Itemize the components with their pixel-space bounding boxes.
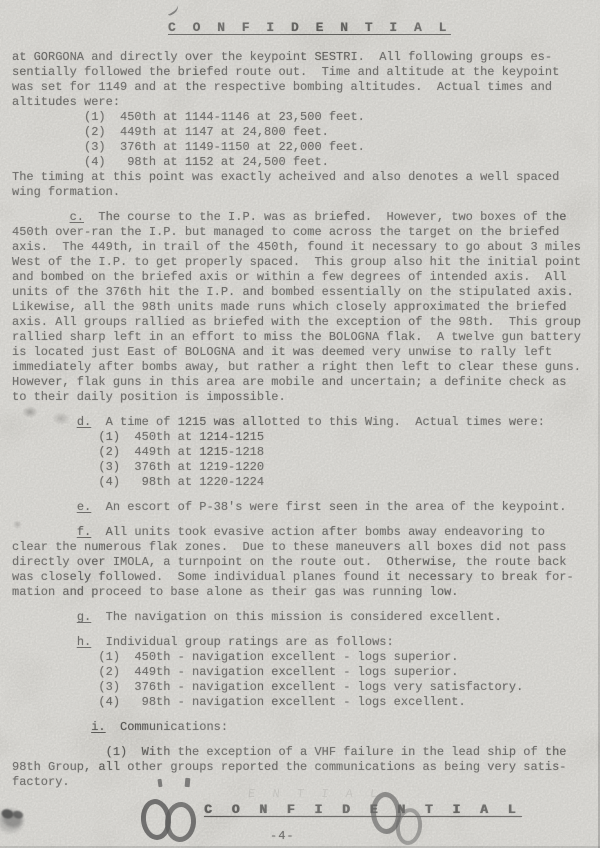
text-line: (1) 450th - navigation excellent - logs …	[12, 650, 596, 665]
text-line: clear the numerous flak zones. Due to th…	[12, 540, 596, 555]
text-line: The timing at this point was exactly ach…	[12, 170, 596, 185]
text-line: (1) 450th at 1144-1146 at 23,500 feet.	[12, 110, 596, 125]
section-label: h.	[77, 635, 91, 649]
section-label: d.	[77, 415, 91, 429]
text-line: (4) 98th - navigation excellent - logs e…	[12, 695, 596, 710]
text-line: (3) 376th - navigation excellent - logs …	[12, 680, 596, 695]
section-label: e.	[77, 500, 91, 514]
page-number: -4-	[270, 829, 295, 843]
text-line: Likewise, all the 98th units made runs w…	[12, 300, 596, 315]
pen-mark	[165, 2, 181, 16]
text-line: at GORGONA and directly over the keypoin…	[12, 50, 596, 65]
text-line: (4) 98th at 1152 at 24,500 feet.	[12, 155, 596, 170]
section-label: c.	[70, 210, 84, 224]
text-line: wing formation.	[12, 185, 596, 200]
para-i: i. Communications:	[12, 720, 596, 735]
para-h: h. Individual group ratings are as follo…	[12, 635, 596, 710]
text-line: sentially followed the briefed route out…	[12, 65, 596, 80]
section-label: f.	[77, 525, 91, 539]
para-continuation: at GORGONA and directly over the keypoin…	[12, 50, 596, 200]
text-line: (2) 449th at 1215-1218	[12, 445, 596, 460]
text-line: (4) 98th at 1220-1224	[12, 475, 596, 490]
text-line: was set for 1149 and at the respective b…	[12, 80, 596, 95]
text-line: West of the I.P. to get properly spaced.…	[12, 255, 596, 270]
scanned-document-page: C O N F I D E N T I A L at GORGONA and d…	[0, 0, 600, 848]
text-line: to their daily position is impossible.	[12, 390, 596, 405]
para-d: d. A time of 1215 was allotted to this W…	[12, 415, 596, 490]
para-g: g. The navigation on this mission is con…	[12, 610, 596, 625]
text-line: (3) 376th at 1219-1220	[12, 460, 596, 475]
text-line: f. All units took evasive action after b…	[12, 525, 596, 540]
stamp-ring-icon	[139, 798, 173, 842]
text-line: mation and proceed to base alone as thei…	[12, 585, 596, 600]
stamp-mark	[185, 778, 191, 787]
text-line: However, flak guns in this area are mobi…	[12, 375, 596, 390]
section-label: g.	[77, 610, 91, 624]
text-line: axis. The 449th, in trail of the 450th, …	[12, 240, 596, 255]
text-line: 98th Group, all other groups reported th…	[12, 760, 596, 775]
text-line: directly over IMOLA, a turnpoint on the …	[12, 555, 596, 570]
para-i-sub: (1) With the exception of a VHF failure …	[12, 745, 596, 790]
stamp-ring-icon	[164, 801, 198, 843]
text-line: c. The course to the I.P. was as briefed…	[12, 210, 596, 225]
ghost-stamp: E N T I A L	[247, 787, 383, 801]
text-line: 450th over-ran the I.P. but managed to c…	[12, 225, 596, 240]
section-label: i.	[91, 720, 105, 734]
para-e: e. An escort of P-38's were first seen i…	[12, 500, 596, 515]
text-line: i. Communications:	[12, 720, 596, 735]
text-line: axis. All groups rallied as briefed with…	[12, 315, 596, 330]
classification-header: C O N F I D E N T I A L	[168, 20, 451, 35]
text-line: d. A time of 1215 was allotted to this W…	[12, 415, 596, 430]
text-line: rallied sharp left in an effort to miss …	[12, 330, 596, 345]
text-line: and bombed on the briefed axis or within…	[12, 270, 596, 285]
ink-blob	[0, 793, 40, 843]
text-line: (1) 450th at 1214-1215	[12, 430, 596, 445]
document-body: at GORGONA and directly over the keypoin…	[12, 50, 596, 800]
text-line: units of the 376th hit the I.P. and bomb…	[12, 285, 596, 300]
para-c: c. The course to the I.P. was as briefed…	[12, 210, 596, 405]
text-line: h. Individual group ratings are as follo…	[12, 635, 596, 650]
text-line: e. An escort of P-38's were first seen i…	[12, 500, 596, 515]
text-line: (1) With the exception of a VHF failure …	[12, 745, 596, 760]
text-line: is located just East of BOLOGNA and it w…	[12, 345, 596, 360]
text-line: (2) 449th - navigation excellent - logs …	[12, 665, 596, 680]
para-f: f. All units took evasive action after b…	[12, 525, 596, 600]
text-line: g. The navigation on this mission is con…	[12, 610, 596, 625]
classification-footer: C O N F I D E N T I A L	[204, 802, 521, 817]
text-line: immediately after bombs away, but rather…	[12, 360, 596, 375]
text-line: altitudes were:	[12, 95, 596, 110]
text-line: was closely followed. Some individual pl…	[12, 570, 596, 585]
text-line: (3) 376th at 1149-1150 at 22,000 feet.	[12, 140, 596, 155]
text-line: (2) 449th at 1147 at 24,800 feet.	[12, 125, 596, 140]
